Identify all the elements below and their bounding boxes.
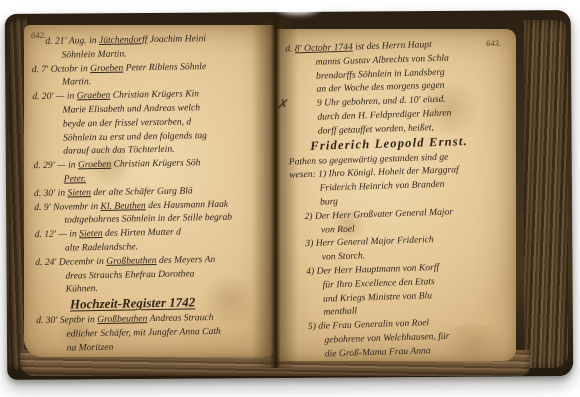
left-page-handwriting: d. 21' Aug. in Jütchendorff Joachim Hein… <box>31 31 274 355</box>
text-segment: Sieten <box>67 187 91 198</box>
text-segment: 3) Herr General Major Friderich <box>305 234 434 249</box>
text-segment: dreas Strauchs Ehefrau Dorothea <box>65 268 194 281</box>
photo-of-open-manuscript-book: 642. d. 21' Aug. in Jütchendorff Joachim… <box>0 0 580 397</box>
text-segment: und Kriegs Ministre von Blu <box>323 290 432 304</box>
text-segment: na Moritzen <box>67 342 114 354</box>
text-segment: Christian Krügers Söh <box>111 157 200 170</box>
text-segment: Martin. <box>62 77 91 89</box>
text-segment: 2) Der Herr Großvater General Major <box>304 206 453 222</box>
text-segment: Sieten <box>79 228 103 239</box>
text-segment: die Groß-Mama Frau Anna <box>325 345 431 359</box>
text-segment: Marie Elisabeth und Andreas welch <box>62 102 200 115</box>
page-number-left: 642. <box>31 30 46 40</box>
right-fore-edge-stack <box>524 20 568 368</box>
text-segment: Söhnlein Martin. <box>61 48 126 60</box>
text-segment: d. <box>285 43 295 54</box>
page-number-right: 643. <box>486 38 501 48</box>
text-segment: von Storch. <box>322 250 366 262</box>
text-segment: Christian Krügers Kin <box>110 88 199 101</box>
text-segment: d. 29' — in <box>33 160 78 172</box>
text-segment: des Hausmann Haak <box>146 198 229 210</box>
text-segment: Groeben <box>90 62 123 74</box>
right-page-handwriting: d. 8' Octobr 1744 ist des Herrn Haupt ma… <box>285 35 516 361</box>
margin-cross-mark: ✗ <box>276 96 290 114</box>
text-segment: d. 30' in <box>34 187 68 199</box>
text-segment: d. 30' Septbr in <box>36 314 97 326</box>
text-segment: d. 21' Aug. in <box>45 35 99 47</box>
text-segment: edlicher Schäfer, mit Jungfer Anna Cath <box>66 326 221 340</box>
left-page: 642. d. 21' Aug. in Jütchendorff Joachim… <box>24 25 274 357</box>
text-segment: gebohrene von Welchhausen, für <box>324 331 449 346</box>
text-segment: alte Radelandsche. <box>65 241 138 253</box>
text-segment: Großbeuthen <box>97 313 147 325</box>
text-segment: Graeben <box>77 90 111 102</box>
text-segment: des Hirten Mutter d <box>102 227 181 239</box>
text-segment: von Roel <box>321 223 355 235</box>
text-segment: Andreas Strauch <box>147 312 213 324</box>
text-segment: Kl. Beuthen <box>100 200 145 212</box>
text-segment: d. 24' Decembr in <box>35 256 106 268</box>
text-segment: Kühnen. <box>66 283 98 295</box>
text-segment: der alte Schäfer Gurg Blä <box>91 185 193 198</box>
text-segment: Söhnlein zu erst und den folgends tag <box>63 130 207 144</box>
text-segment: d. 7' Octobr in <box>32 63 90 75</box>
text-segment: Peter Riblens Söhnle <box>123 61 206 73</box>
text-segment: Joachim Heini <box>147 33 206 45</box>
text-segment: d. 12' — in <box>35 229 80 241</box>
text-segment: Groeben <box>78 159 111 171</box>
text-segment: Großbeuthen <box>106 255 156 267</box>
text-segment: für Ihro Excellence den Etats <box>322 276 434 291</box>
text-segment: Peter. <box>64 173 86 184</box>
text-segment: des Meyers An <box>156 254 215 266</box>
text-segment: 8' Octobr 1744 <box>295 42 353 55</box>
right-page: 643. ✗ d. 8' Octobr 1744 ist des Herrn H… <box>274 29 516 361</box>
text-segment: Hochzeit-Register 1742 <box>70 294 196 311</box>
text-segment: todtgebohrnes Söhnlein in der Stille beg… <box>64 212 232 226</box>
open-book: 642. d. 21' Aug. in Jütchendorff Joachim… <box>6 12 572 378</box>
text-segment: ist des Herrn Haupt <box>353 39 432 52</box>
text-segment: d. 20' — in <box>32 91 77 103</box>
text-segment: menthall <box>323 306 357 318</box>
text-segment: darauf auch das Töchterlein. <box>63 144 175 157</box>
text-segment: d. 9' Novembr in <box>34 201 100 213</box>
text-segment: beyde an der frissel verstorben, d <box>63 116 192 129</box>
text-segment: Jütchendorff <box>99 34 148 46</box>
text-segment: Friderich Heinrich von Branden <box>319 179 444 194</box>
text-segment: burg <box>320 196 338 208</box>
